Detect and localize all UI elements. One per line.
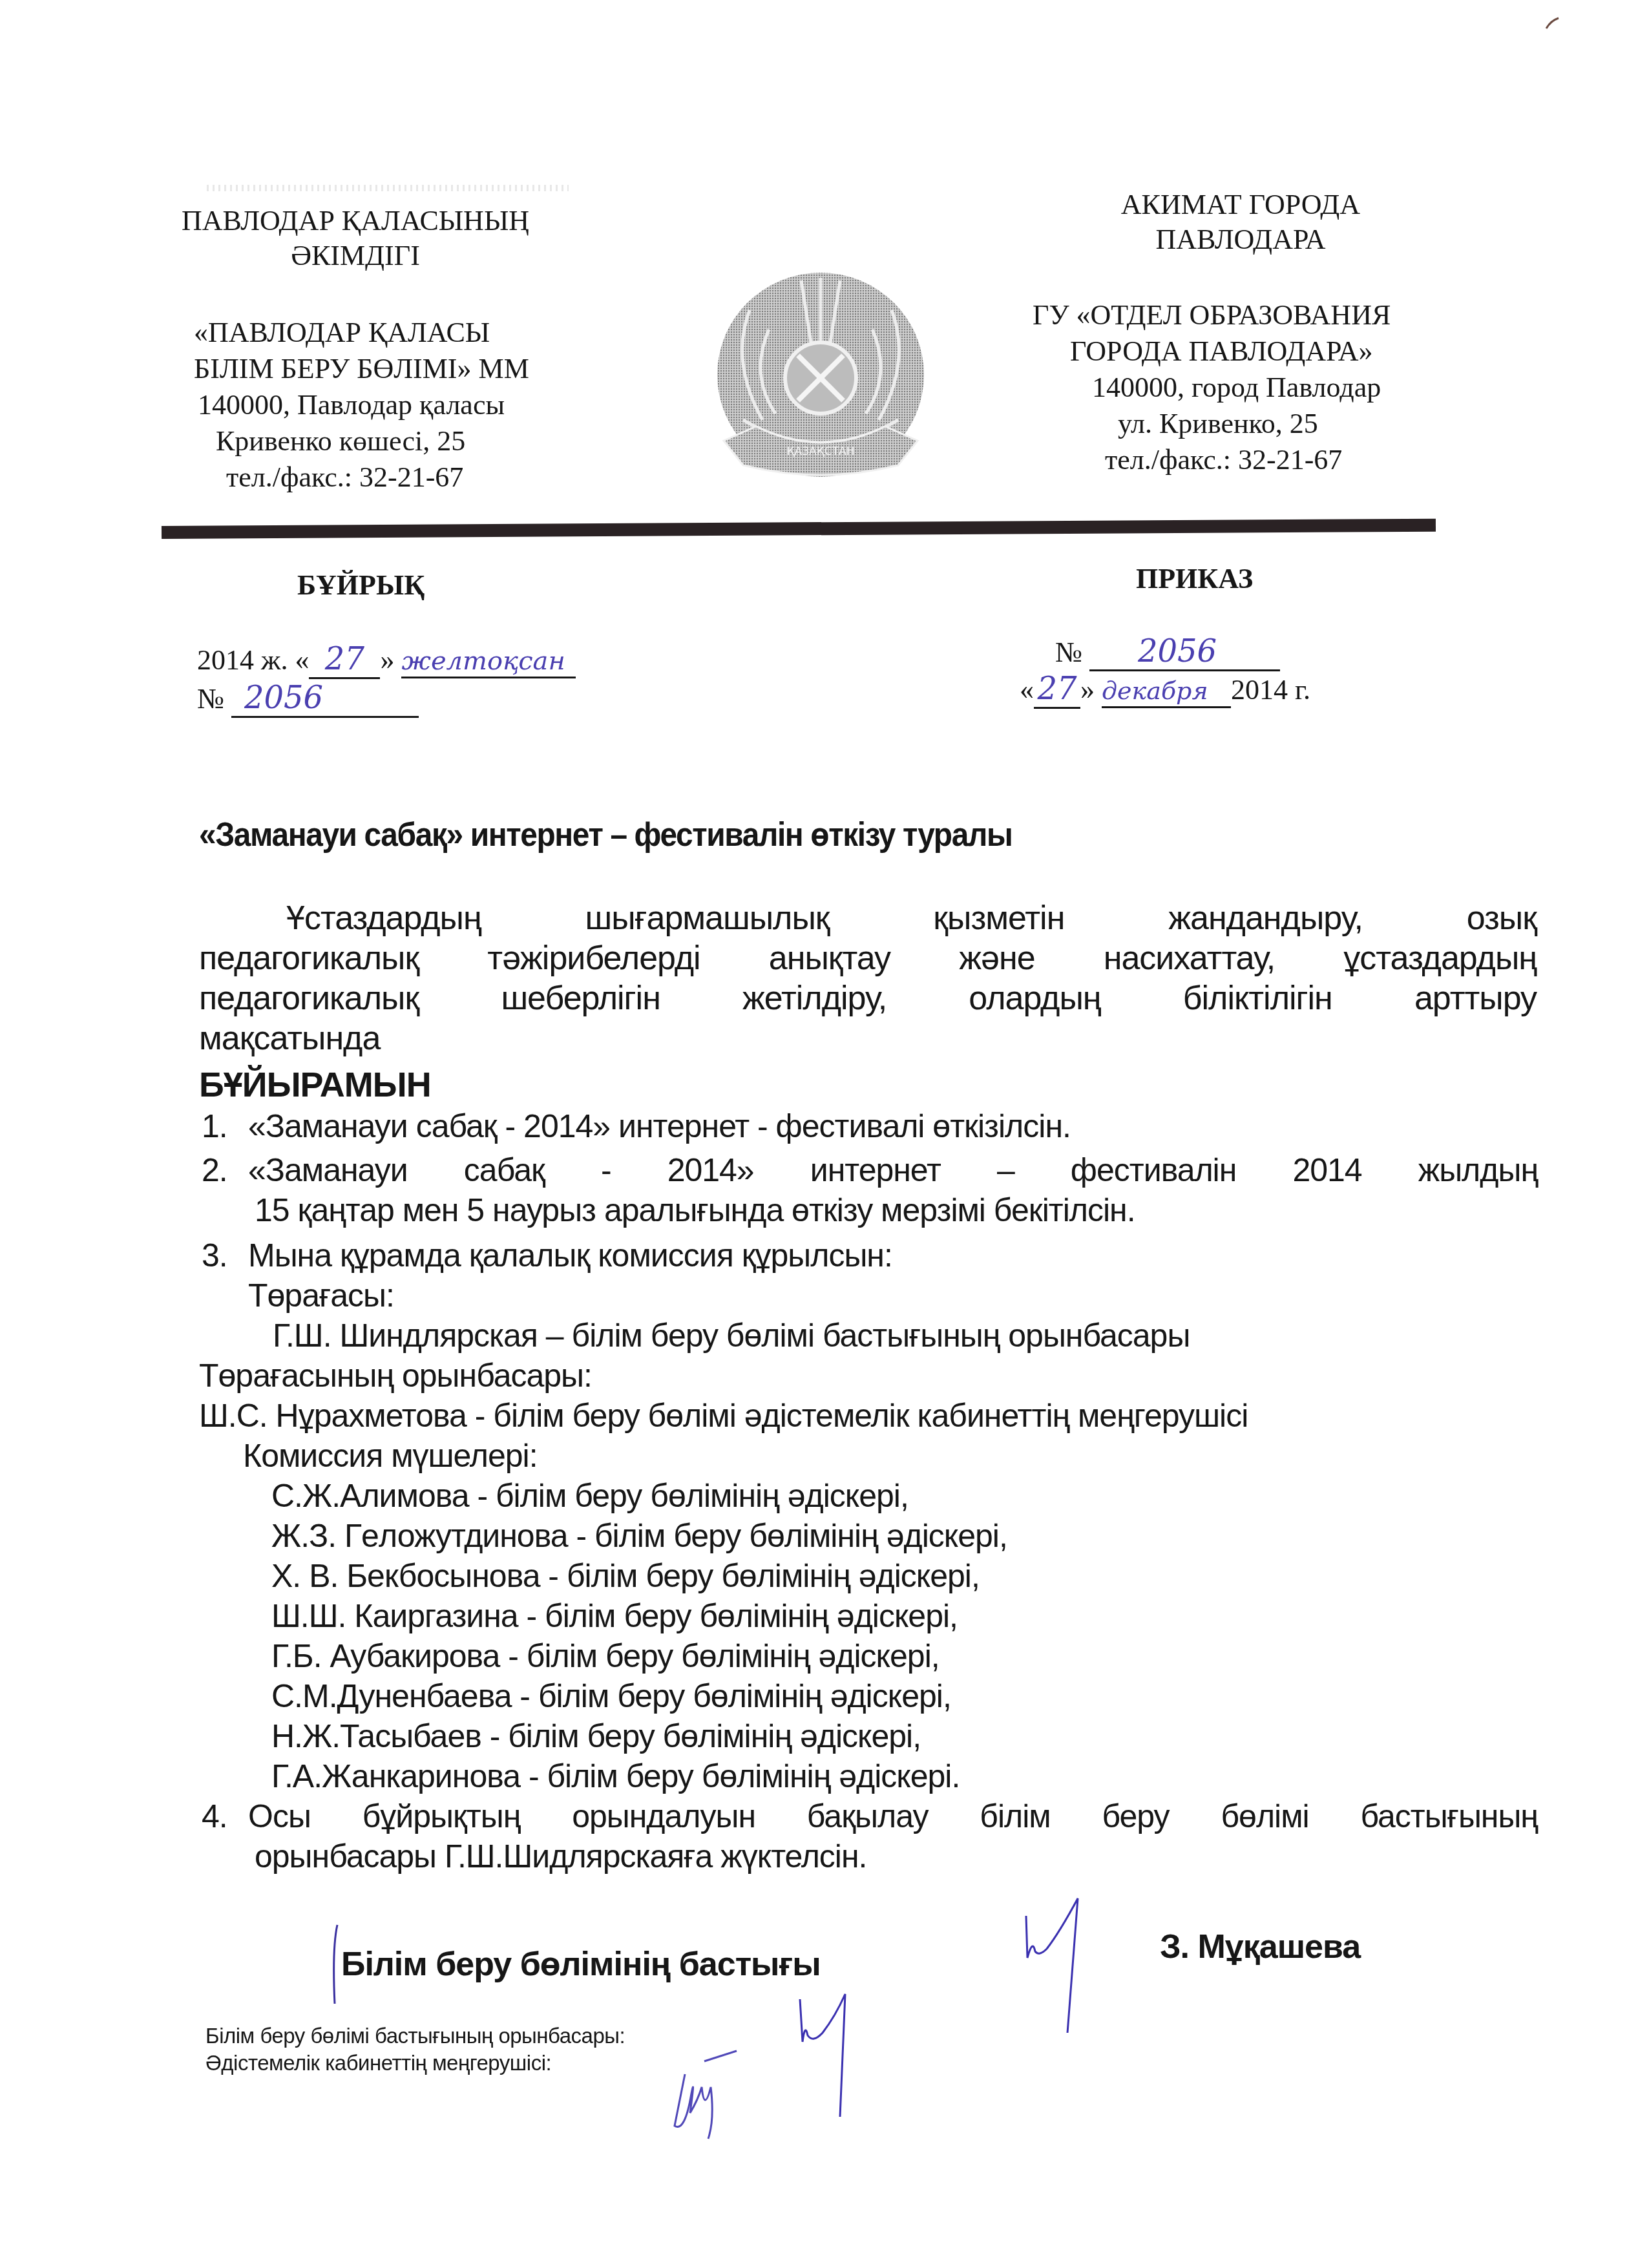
handwritten-number-ru: 2056 <box>1138 633 1217 669</box>
kazakhstan-emblem-icon: ҚАЗАҚСТАН <box>704 271 937 485</box>
preamble-line: Ұстаздардың шығармашылық қызметін жандан… <box>199 898 1537 938</box>
corner-mark <box>1544 16 1564 31</box>
scan-speckle-top <box>207 185 569 191</box>
handwritten-month-kz: желтоқсан <box>401 646 565 676</box>
signatory-name: З. Мұқашева <box>1160 1927 1360 1966</box>
signatory-position: Білім беру бөлімінің бастығы <box>341 1945 821 1984</box>
document-title: «Заманауи сабақ» интернет – фестивалін ө… <box>199 815 1012 854</box>
decree-word: БҰЙЫРАМЫН <box>199 1065 431 1105</box>
header-left-dept-line: Кривенко көшесі, 25 <box>194 423 607 459</box>
header-right-dept-line: 140000, город Павлодар <box>1033 370 1485 406</box>
decree-item-4: 4. Осы бұйрықтың орындалуын бақылау білі… <box>202 1796 1538 1836</box>
bracket-mark <box>328 1922 341 2006</box>
header-left-dept: «ПАВЛОДАР ҚАЛАСЫ БІЛІМ БЕРУ БӨЛІМІ» ММ 1… <box>194 315 607 496</box>
order-number-kz: № 2056 <box>197 680 419 718</box>
signature-methodology-icon <box>666 2048 750 2145</box>
header-left-dept-line: тел./факс.: 32-21-67 <box>194 459 607 496</box>
preamble: Ұстаздардың шығармашылық қызметін жандан… <box>199 898 1537 1058</box>
item-number: 2. <box>202 1150 248 1190</box>
approvals: Білім беру бөлімі бастығының орынбасары:… <box>205 2022 625 2077</box>
quote-close-kz: » <box>380 644 394 676</box>
members-label: Комиссия мүшелері: <box>202 1436 1538 1476</box>
chair-label: Төрағасы: <box>202 1276 1538 1316</box>
deputy-entry: Ш.С. Нұрахметова - білім беру бөлімі әді… <box>199 1396 1538 1436</box>
quote-close-ru: » <box>1080 674 1095 706</box>
order-number-ru: № 2056 <box>1055 633 1280 671</box>
preamble-line: педагогикалық шеберлігін жетілдіру, олар… <box>199 978 1537 1018</box>
item-text: «Заманауи сабақ - 2014» интернет - фести… <box>248 1106 1071 1146</box>
member-entry: С.Ж.Алимова - білім беру бөлімінің әдіск… <box>202 1476 1538 1516</box>
header-right: АКИМАТ ГОРОДА ПАВЛОДАРА <box>1060 187 1422 257</box>
item-text-continued: 15 қаңтар мен 5 наурыз аралығында өткізу… <box>202 1190 1538 1230</box>
order-date-ru: «27» декабря2014 г. <box>1020 671 1310 709</box>
preamble-last-line: мақсатында <box>199 1018 1537 1058</box>
member-entry: Г.А.Жанкаринова - білім беру бөлімінің ә… <box>202 1756 1538 1796</box>
header-left-dept-line: «ПАВЛОДАР ҚАЛАСЫ <box>194 315 607 351</box>
header-right-dept: ГУ «ОТДЕЛ ОБРАЗОВАНИЯ ГОРОДА ПАВЛОДАРА» … <box>1033 297 1485 478</box>
svg-text:ҚАЗАҚСТАН: ҚАЗАҚСТАН <box>787 445 855 458</box>
order-title-ru: ПРИКАЗ <box>1136 562 1253 595</box>
chair-entry: Г.Ш. Шиндлярская – білім беру бөлімі бас… <box>202 1316 1538 1356</box>
header-right-dept-line: ГОРОДА ПАВЛОДАРА» <box>1033 333 1485 370</box>
item-text: «Заманауи сабақ - 2014» интернет – фести… <box>248 1150 1538 1190</box>
handwritten-number-kz: 2056 <box>244 680 323 716</box>
member-entry: Х. В. Бекбосынова - білім беру бөлімінің… <box>202 1556 1538 1596</box>
header-left-dept-line: БІЛІМ БЕРУ БӨЛІМІ» ММ <box>194 351 607 387</box>
approval-line-deputy: Білім беру бөлімі бастығының орынбасары: <box>205 2022 625 2050</box>
member-entry: С.М.Дуненбаева - білім беру бөлімінің әд… <box>202 1676 1538 1716</box>
header-right-dept-line: ГУ «ОТДЕЛ ОБРАЗОВАНИЯ <box>1033 297 1485 333</box>
decree-item-1: 1. «Заманауи сабақ - 2014» интернет - фе… <box>202 1106 1538 1146</box>
header-left-org-line: ПАВЛОДАР ҚАЛАСЫНЫҢ <box>162 204 549 238</box>
member-entry: Ж.З. Гeложутдинова - білім беру бөліміні… <box>202 1516 1538 1556</box>
quote-open-ru: « <box>1020 674 1034 706</box>
approval-line-methodology: Әдістемелік кабинеттің меңгерушісі: <box>205 2050 625 2077</box>
member-entry: Ш.Ш. Каиргазина - білім беру бөлімінің ә… <box>202 1596 1538 1636</box>
handwritten-day-ru: 27 <box>1037 671 1077 707</box>
decree-items: 1. «Заманауи сабақ - 2014» интернет - фе… <box>202 1106 1538 1876</box>
number-label-ru: № <box>1055 636 1082 668</box>
header-right-org-line: ПАВЛОДАРА <box>1060 222 1422 257</box>
order-year-prefix-kz: 2014 ж. « <box>197 644 309 676</box>
handwritten-day-kz: 27 <box>325 641 364 677</box>
decree-item-2: 2. «Заманауи сабақ - 2014» интернет – фе… <box>202 1150 1538 1190</box>
member-entry: Г.Б. Аубакирова - білім беру бөлімінің ә… <box>202 1636 1538 1676</box>
item-text: Мына құрамда қалалық комиссия құрылсын: <box>248 1235 892 1276</box>
member-entry: Н.Ж.Тасыбаев - білім беру бөлімінің әдіс… <box>202 1716 1538 1756</box>
item-number: 3. <box>202 1235 248 1276</box>
header-left: ПАВЛОДАР ҚАЛАСЫНЫҢ ӘКІМДІГІ <box>162 204 549 273</box>
order-date-kz: 2014 ж. «27» желтоқсан <box>197 641 576 679</box>
deputy-label: Төрағасының орынбасары: <box>199 1356 1538 1396</box>
order-title-kz: БҰЙРЫҚ <box>297 569 425 602</box>
item-number: 1. <box>202 1106 248 1146</box>
header-divider-rule <box>162 519 1436 539</box>
handwritten-month-ru: декабря <box>1102 677 1208 705</box>
item-text-continued: орынбасары Г.Ш.Шидлярскаяға жүктелсін. <box>202 1836 1538 1876</box>
number-label-kz: № <box>197 683 224 715</box>
preamble-line: педагогикалық тәжірибелерді анықтау және… <box>199 938 1537 978</box>
decree-item-3: 3. Мына құрамда қалалық комиссия құрылсы… <box>202 1235 1538 1276</box>
header-right-dept-line: ул. Кривенко, 25 <box>1033 406 1485 442</box>
header-right-dept-line: тел./факс.: 32-21-67 <box>1033 442 1485 478</box>
signature-deputy-icon <box>793 1990 858 2119</box>
year-suffix-ru: 2014 г. <box>1231 674 1310 706</box>
header-right-org-line: АКИМАТ ГОРОДА <box>1060 187 1422 222</box>
header-left-dept-line: 140000, Павлодар қаласы <box>194 387 607 423</box>
item-text: Осы бұйрықтың орындалуын бақылау білім б… <box>248 1796 1538 1836</box>
header-left-org-line: ӘКІМДІГІ <box>162 238 549 273</box>
signature-mukasheva-icon <box>1021 1887 1092 2035</box>
item-number: 4. <box>202 1796 248 1836</box>
